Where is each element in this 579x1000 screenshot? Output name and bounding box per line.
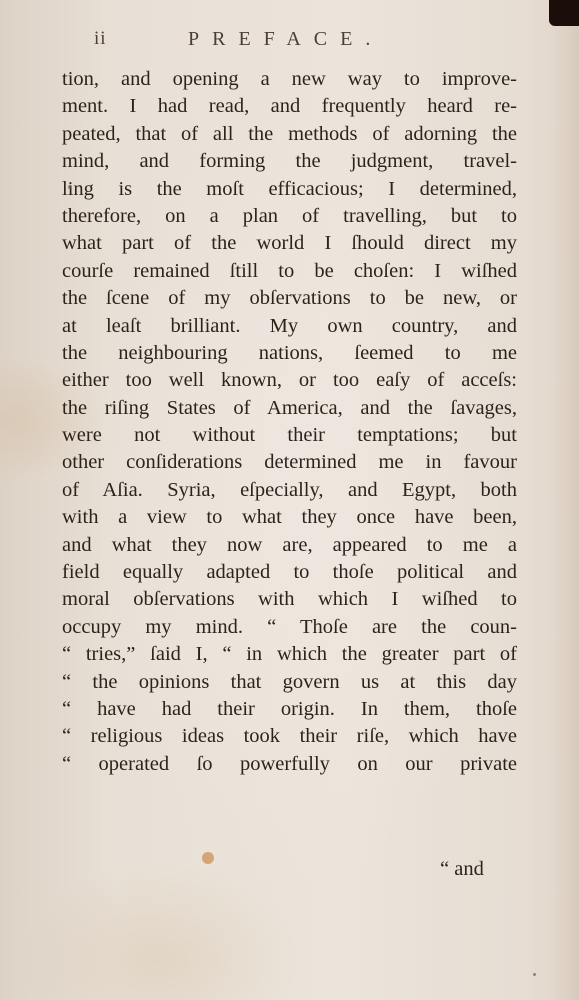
- text-line: were not without their temptations; but: [62, 422, 517, 449]
- text-line: “ have had their origin. In them, thoſe: [62, 696, 517, 723]
- text-line: tion, and opening a new way to improve-: [62, 66, 517, 93]
- text-line: the ſcene of my obſervations to be new, …: [62, 285, 517, 312]
- page-header: ii PREFACE.: [92, 28, 422, 56]
- background-corner: [549, 0, 579, 26]
- text-line: field equally adapted to thoſe political…: [62, 559, 517, 586]
- page-number: ii: [94, 28, 107, 50]
- book-page: ii PREFACE. tion, and opening a new way …: [0, 0, 579, 1000]
- catchword: “ and: [440, 858, 484, 881]
- text-line: courſe remained ſtill to be choſen: I wi…: [62, 258, 517, 285]
- text-line: of Aſia. Syria, eſpecially, and Egypt, b…: [62, 477, 517, 504]
- text-line: either too well known, or too eaſy of ac…: [62, 367, 517, 394]
- text-line: the neighbouring nations, ſeemed to me: [62, 340, 517, 367]
- body-text: tion, and opening a new way to improve- …: [62, 66, 517, 778]
- running-title: PREFACE.: [188, 28, 383, 51]
- text-line: ment. I had read, and frequently heard r…: [62, 93, 517, 120]
- text-line: mind, and forming the judgment, travel-: [62, 148, 517, 175]
- text-line: other conſiderations determined me in fa…: [62, 449, 517, 476]
- text-line: occupy my mind. “ Thoſe are the coun-: [62, 614, 517, 641]
- page-edge-shadow: [553, 0, 579, 1000]
- text-line: “ tries,” ſaid I, “ in which the greater…: [62, 641, 517, 668]
- text-line: “ the opinions that govern us at this da…: [62, 669, 517, 696]
- text-line: “ operated ſo powerfully on our private: [62, 751, 517, 778]
- text-line: peated, that of all the methods of adorn…: [62, 121, 517, 148]
- foxing-stain: [202, 852, 214, 864]
- ink-speck: [68, 186, 71, 189]
- text-line: moral obſervations with which I wiſhed t…: [62, 586, 517, 613]
- text-line: at leaſt brilliant. My own country, and: [62, 313, 517, 340]
- text-line: the riſing States of America, and the ſa…: [62, 395, 517, 422]
- text-line: ling is the moſt efficacious; I determin…: [62, 176, 517, 203]
- ink-speck: [533, 973, 536, 976]
- text-line: therefore, on a plan of travelling, but …: [62, 203, 517, 230]
- text-line: and what they now are, appeared to me a: [62, 532, 517, 559]
- text-line: with a view to what they once have been,: [62, 504, 517, 531]
- text-line: “ religious ideas took their riſe, which…: [62, 723, 517, 750]
- text-line: what part of the world I ſhould direct m…: [62, 230, 517, 257]
